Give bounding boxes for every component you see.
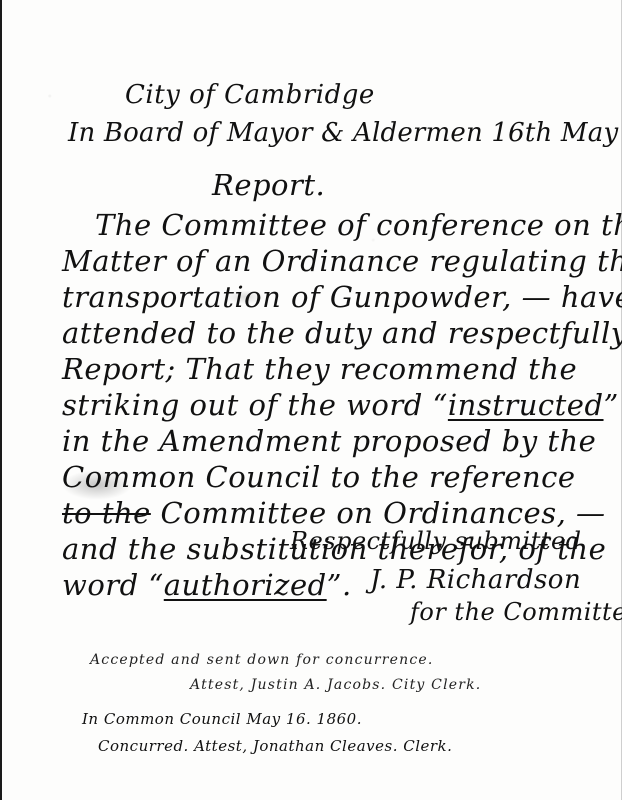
body-line: The Committee of conference on the [95,208,622,242]
body-line-text: ”. [327,568,352,602]
signature: J. P. Richardson [370,565,581,595]
body-line-text: Committee on Ordinances, — [151,496,606,530]
scan-edge-left [0,0,2,800]
endorsement-accepted: Accepted and sent down for concurrence. [90,652,434,668]
scanned-page: City of Cambridge In Board of Mayor & Al… [0,0,622,800]
body-line: Report; That they recommend the [62,352,577,386]
body-line-with-strike: to the Committee on Ordinances, — [62,496,606,530]
body-line-with-underline: striking out of the word “instructed” [62,388,619,422]
body-line: in the Amendment proposed by the [62,424,596,458]
body-line-text: ” [604,388,619,422]
struck-text: to the [62,496,151,530]
body-line: transportation of Gunpowder, — have [62,280,622,314]
body-line: attended to the duty and respectfully [62,316,622,350]
underlined-word: instructed [448,388,604,422]
body-line: Common Council to the reference [62,460,576,494]
on-behalf-line: for the Committee. [410,598,622,626]
endorsement-concurred: Concurred. Attest, Jonathan Cleaves. Cle… [98,737,452,755]
underlined-word: authorized [164,568,327,602]
endorsement-common-council: In Common Council May 16. 1860. [82,710,362,728]
body-line-with-underline: word “authorized”. [62,568,352,602]
heading-city: City of Cambridge [125,80,375,110]
body-line-text: striking out of the word “ [62,388,448,422]
heading-board-line: In Board of Mayor & Aldermen 16th May 18… [68,118,622,148]
body-line: Matter of an Ordinance regulating the [62,244,622,278]
endorsement-attest-city-clerk: Attest, Justin A. Jacobs. City Clerk. [190,677,481,693]
body-line-text: word “ [62,568,164,602]
valediction: Respectfully submitted [290,527,582,555]
report-title: Report. [212,168,325,202]
